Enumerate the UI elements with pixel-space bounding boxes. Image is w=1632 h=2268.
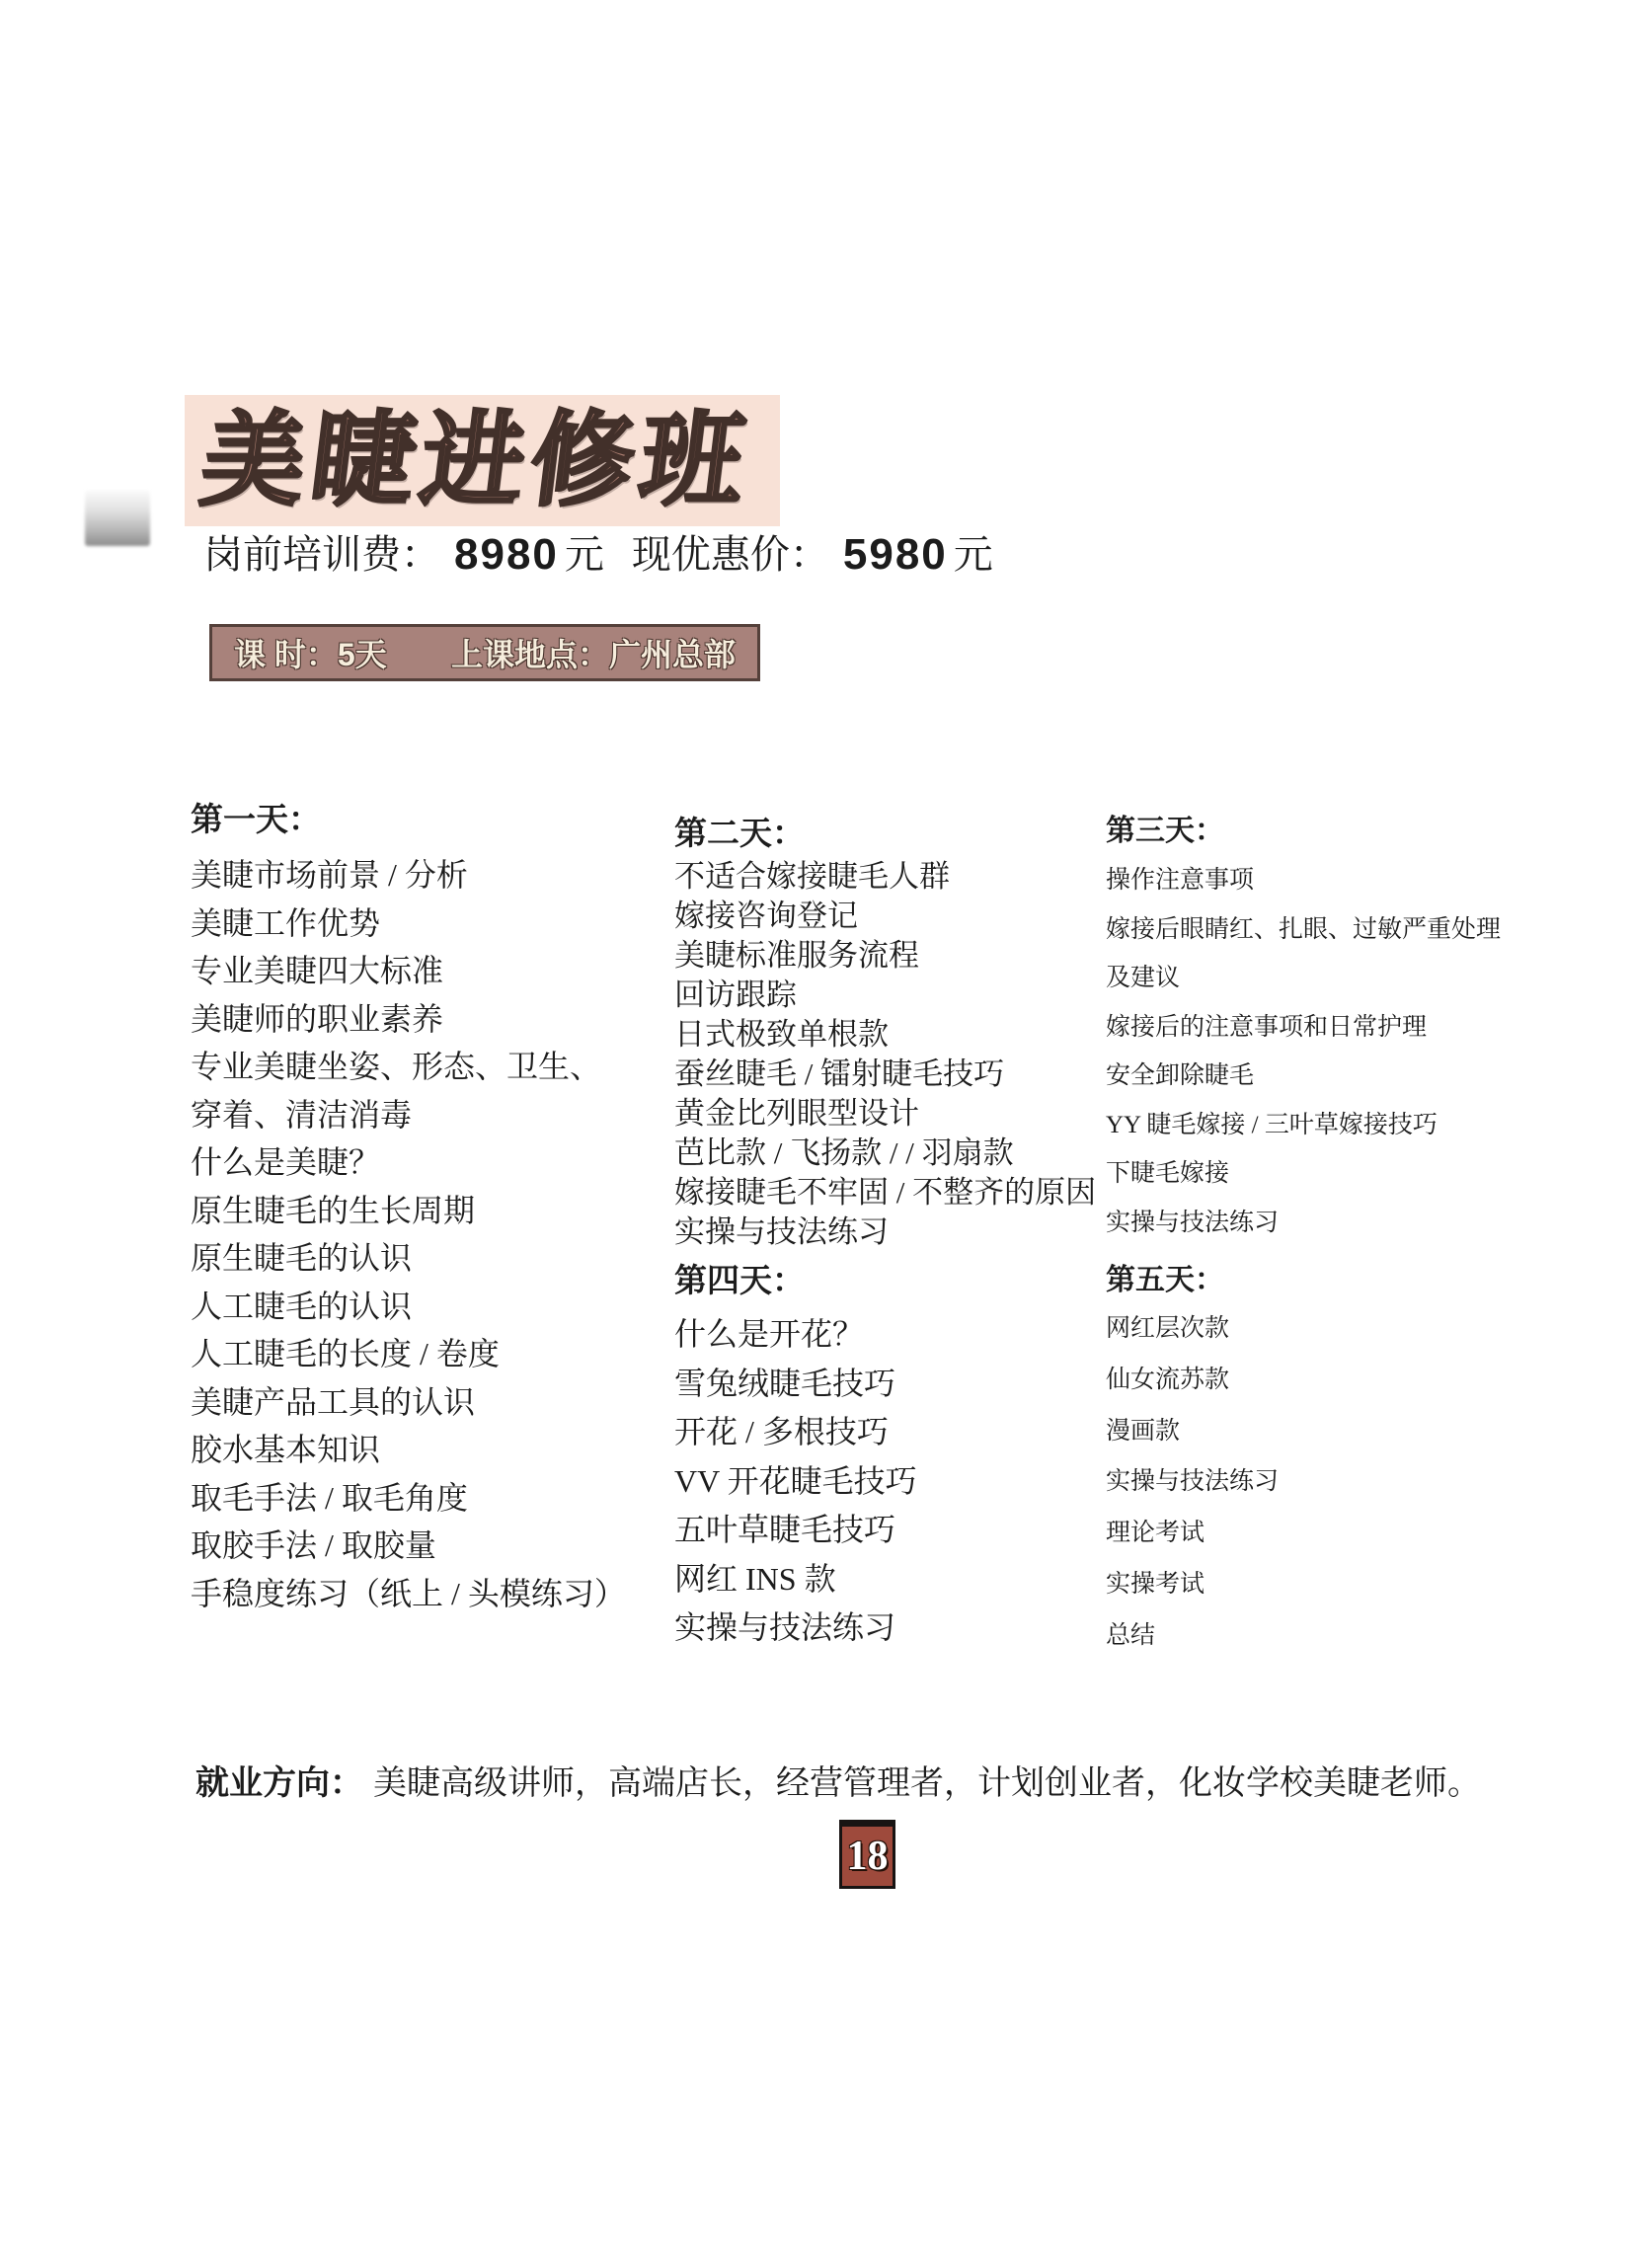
day-2-title: 第二天： xyxy=(674,814,1096,855)
course-item: 嫁接后的注意事项和日常护理 xyxy=(1106,1003,1501,1053)
day-5-section: 第五天： 网红层次款仙女流苏款漫画款实操与技法练习理论考试实操考试总结 xyxy=(1106,1261,1279,1662)
price-line: 岗前培训费：8980元现优惠价：5980元 xyxy=(203,523,999,580)
course-item: 开花 / 多根技巧 xyxy=(674,1408,917,1457)
course-item: 安全卸除睫毛 xyxy=(1106,1052,1501,1101)
course-item: 操作注意事项 xyxy=(1106,856,1501,905)
discount-price-value: 5980 xyxy=(843,530,948,579)
course-item: 穿着、清洁消毒 xyxy=(191,1091,626,1139)
course-item: 什么是开花？ xyxy=(674,1310,917,1360)
course-item: 雪兔绒睫毛技巧 xyxy=(674,1360,917,1409)
day-1-list: 美睫市场前景 / 分析美睫工作优势专业美睫四大标准美睫师的职业素养专业美睫坐姿、… xyxy=(191,851,626,1617)
page-number-box: 18 xyxy=(839,1820,895,1889)
class-location: 上课地点：广州总部 xyxy=(451,630,736,675)
course-item: 专业美睫四大标准 xyxy=(191,947,626,995)
course-item: 胶水基本知识 xyxy=(191,1426,626,1474)
course-item: 原生睫毛的认识 xyxy=(191,1234,626,1283)
course-item: 专业美睫坐姿、形态、卫生、 xyxy=(191,1043,626,1091)
course-item: 五叶草睫毛技巧 xyxy=(674,1506,917,1555)
course-item: 美睫市场前景 / 分析 xyxy=(191,851,626,899)
day-4-list: 什么是开花？雪兔绒睫毛技巧开花 / 多根技巧VV 开花睫毛技巧五叶草睫毛技巧网红… xyxy=(674,1310,917,1653)
class-duration: 课 时：5天 xyxy=(234,630,387,675)
day-5-title: 第五天： xyxy=(1106,1261,1279,1300)
course-item: 仙女流苏款 xyxy=(1106,1355,1279,1406)
course-item: 下睫毛嫁接 xyxy=(1106,1149,1501,1199)
course-item: 回访跟踪 xyxy=(674,976,1096,1015)
course-item: 实操与技法练习 xyxy=(674,1603,917,1653)
day-2-section: 第二天： 不适合嫁接睫毛人群嫁接咨询登记美睫标准服务流程回访跟踪日式极致单根款蚕… xyxy=(674,814,1096,1252)
course-item: 美睫产品工具的认识 xyxy=(191,1378,626,1427)
course-item: 及建议 xyxy=(1106,954,1501,1003)
course-item: 日式极致单根款 xyxy=(674,1015,1096,1055)
course-item: YY 睫毛嫁接 / 三叶草嫁接技巧 xyxy=(1106,1101,1501,1150)
course-item: 蚕丝睫毛 / 镭射睫毛技巧 xyxy=(674,1055,1096,1094)
course-item: 实操与技法练习 xyxy=(674,1212,1096,1252)
course-item: 漫画款 xyxy=(1106,1406,1279,1457)
course-item: 实操与技法练习 xyxy=(1106,1456,1279,1508)
course-item: 总结 xyxy=(1106,1610,1279,1662)
course-item: 网红 INS 款 xyxy=(674,1555,917,1604)
course-item: 理论考试 xyxy=(1106,1508,1279,1559)
course-item: 实操与技法练习 xyxy=(1106,1199,1501,1248)
day-1-title: 第一天： xyxy=(191,800,626,841)
course-item: 美睫标准服务流程 xyxy=(674,936,1096,976)
day-4-section: 第四天： 什么是开花？雪兔绒睫毛技巧开花 / 多根技巧VV 开花睫毛技巧五叶草睫… xyxy=(674,1261,917,1653)
scan-smudge-artifact xyxy=(85,491,150,546)
title-banner: 美睫进修班 xyxy=(185,395,780,526)
original-price-value: 8980 xyxy=(454,530,559,579)
day-3-section: 第三天： 操作注意事项嫁接后眼睛红、扎眼、过敏严重处理及建议嫁接后的注意事项和日… xyxy=(1106,812,1501,1247)
schedule-bar: 课 时：5天 上课地点：广州总部 xyxy=(209,624,760,681)
pre-training-fee-label: 岗前培训费： xyxy=(203,532,440,577)
course-item: 美睫师的职业素养 xyxy=(191,995,626,1044)
course-item: 什么是美睫？ xyxy=(191,1138,626,1187)
course-item: 美睫工作优势 xyxy=(191,899,626,948)
brochure-page: 美睫进修班 岗前培训费：8980元现优惠价：5980元 课 时：5天 上课地点：… xyxy=(0,0,1632,2268)
course-item: 手稳度练习（纸上 / 头模练习） xyxy=(191,1570,626,1618)
day-4-title: 第四天： xyxy=(674,1261,917,1302)
course-item: 黄金比列眼型设计 xyxy=(674,1094,1096,1134)
course-item: 原生睫毛的生长周期 xyxy=(191,1187,626,1235)
employment-direction-line: 就业方向：美睫高级讲师，高端店长，经营管理者，计划创业者，化妆学校美睫老师。 xyxy=(195,1756,1481,1804)
course-item: 实操考试 xyxy=(1106,1559,1279,1610)
employment-text: 美睫高级讲师，高端店长，经营管理者，计划创业者，化妆学校美睫老师。 xyxy=(373,1765,1481,1802)
course-item: VV 开花睫毛技巧 xyxy=(674,1457,917,1507)
day-3-title: 第三天： xyxy=(1106,812,1501,851)
original-price-unit: 元 xyxy=(565,532,604,577)
course-item: 芭比款 / 飞扬款 / / 羽扇款 xyxy=(674,1134,1096,1173)
day-3-list: 操作注意事项嫁接后眼睛红、扎眼、过敏严重处理及建议嫁接后的注意事项和日常护理安全… xyxy=(1106,856,1501,1247)
page-title: 美睫进修班 xyxy=(178,402,758,520)
course-item: 取毛手法 / 取毛角度 xyxy=(191,1474,626,1523)
discount-price-label: 现优惠价： xyxy=(632,532,829,577)
course-item: 嫁接后眼睛红、扎眼、过敏严重处理 xyxy=(1106,905,1501,955)
course-item: 取胶手法 / 取胶量 xyxy=(191,1522,626,1570)
course-item: 人工睫毛的认识 xyxy=(191,1283,626,1331)
course-item: 嫁接咨询登记 xyxy=(674,897,1096,936)
day-2-list: 不适合嫁接睫毛人群嫁接咨询登记美睫标准服务流程回访跟踪日式极致单根款蚕丝睫毛 /… xyxy=(674,857,1096,1252)
discount-price-unit: 元 xyxy=(954,532,993,577)
course-item: 嫁接睫毛不牢固 / 不整齐的原因 xyxy=(674,1173,1096,1212)
day-1-section: 第一天： 美睫市场前景 / 分析美睫工作优势专业美睫四大标准美睫师的职业素养专业… xyxy=(191,800,626,1617)
employment-label: 就业方向： xyxy=(195,1765,363,1802)
course-item: 人工睫毛的长度 / 卷度 xyxy=(191,1330,626,1378)
day-5-list: 网红层次款仙女流苏款漫画款实操与技法练习理论考试实操考试总结 xyxy=(1106,1303,1279,1662)
course-item: 不适合嫁接睫毛人群 xyxy=(674,857,1096,897)
course-item: 网红层次款 xyxy=(1106,1303,1279,1355)
